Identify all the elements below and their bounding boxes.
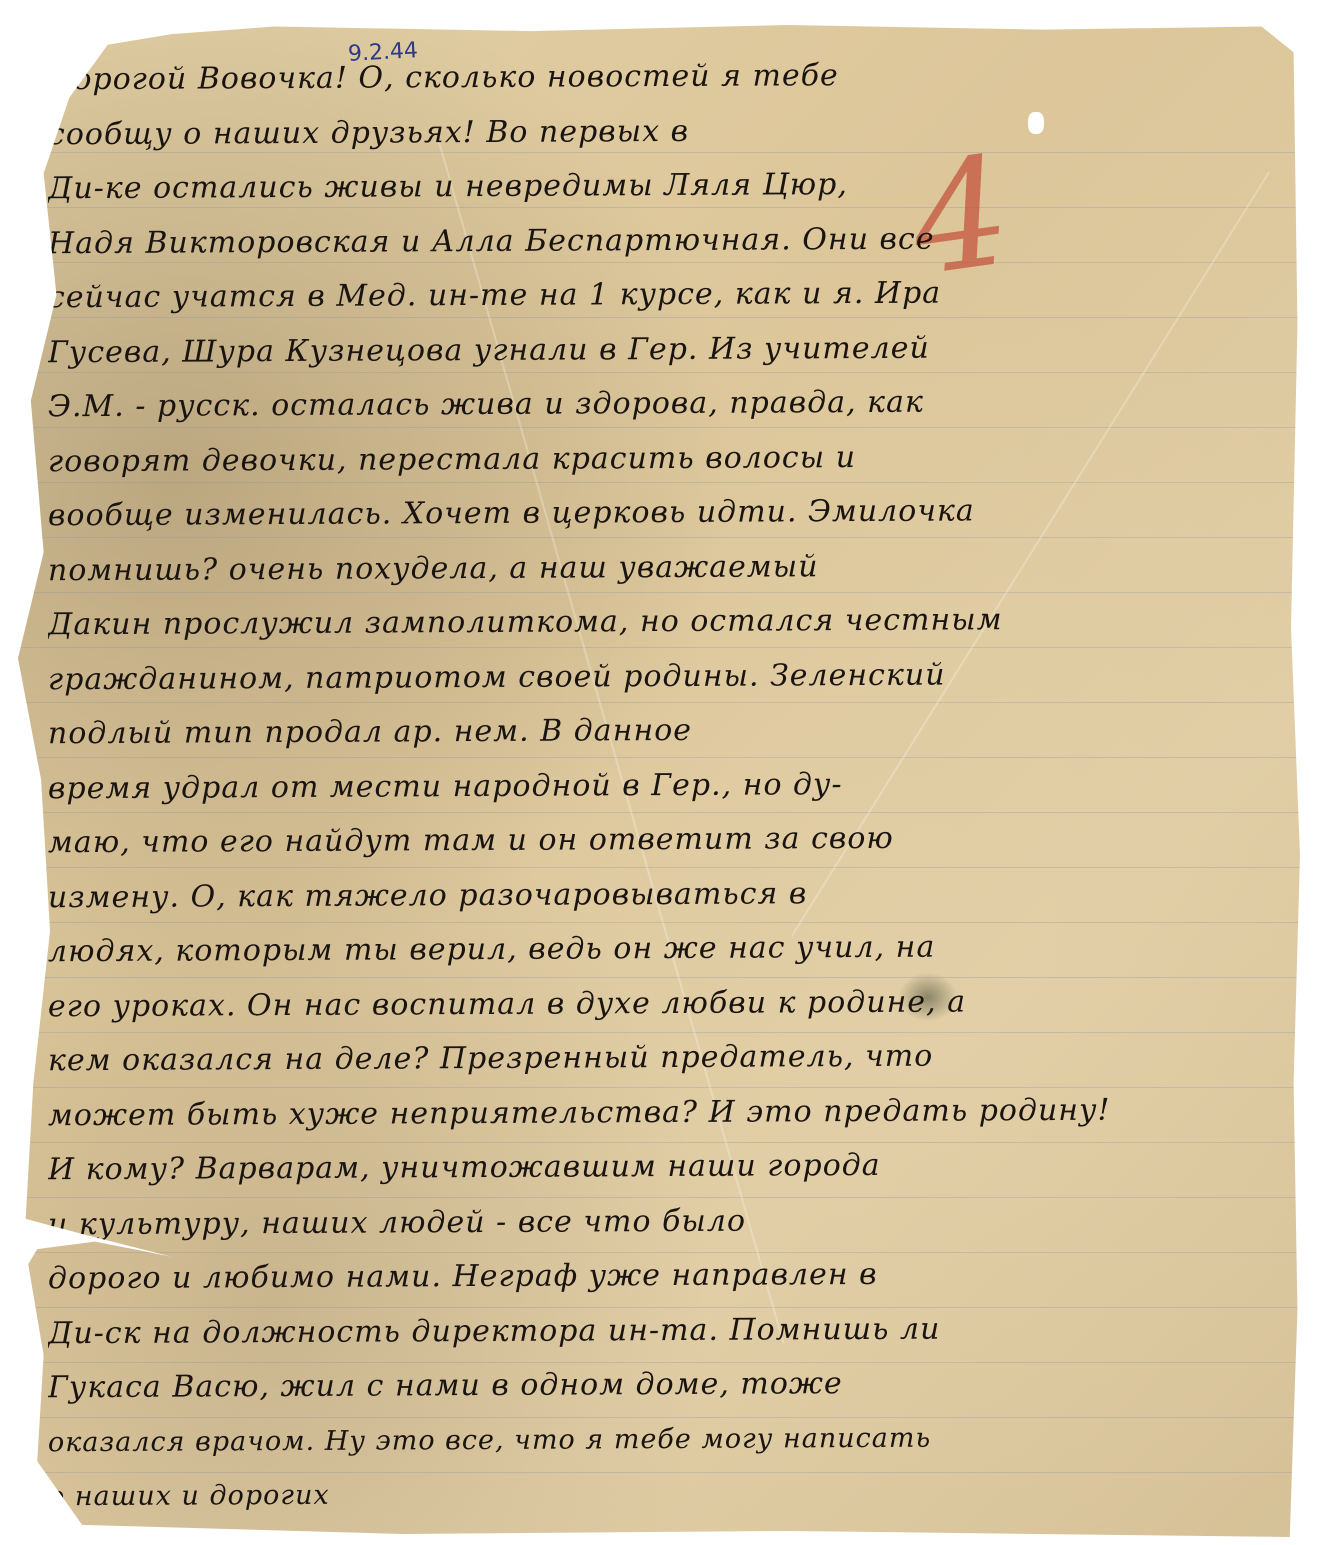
letter-line: вообще изменилась. Хочет в церковь идти.… (48, 483, 1298, 544)
letter-line: подлый тип продал ар. нем. В данное (48, 701, 1298, 762)
letter-line: гражданином, патриотом своей родины. Зел… (48, 646, 1298, 707)
letter-line: помнишь? очень похудела, а наш уважаемый (48, 537, 1298, 598)
letter-line: о наших и дорогих (48, 1464, 1298, 1525)
letter-line: время удрал от мести народной в Гер., но… (48, 755, 1298, 816)
letter-line: дорого и любимо нами. Неграф уже направл… (48, 1246, 1298, 1307)
letter-line: Гусева, Шура Кузнецова угнали в Гер. Из … (48, 319, 1298, 380)
letter-paper: 9.2.44 4 Дорогой Вовочка! О, сколько нов… (18, 22, 1300, 1537)
letter-line: может быть хуже неприятельства? И это пр… (48, 1082, 1298, 1143)
letter-line: измену. О, как тяжело разочаровываться в (48, 864, 1298, 925)
letter-line: сообщу о наших друзьях! Во первых в (48, 101, 1298, 162)
letter-line: кем оказался на деле? Презренный предате… (48, 1028, 1298, 1089)
letter-line: Дакин прослужил замполиткома, но остался… (48, 592, 1298, 653)
letter-line: говорят девочки, перестала красить волос… (48, 428, 1298, 489)
letter-line: Ди-ке остались живы и невредимы Ляля Цюр… (48, 156, 1298, 217)
letter-line: и культуру, наших людей - все что было (48, 1191, 1298, 1252)
letter-line: Гукаса Васю, жил с нами в одном доме, то… (48, 1355, 1298, 1416)
letter-line: оказался врачом. Ну это все, что я тебе … (48, 1409, 1298, 1470)
letter-line: Дорогой Вовочка! О, сколько новостей я т… (48, 47, 1298, 108)
letter-line: И кому? Варварам, уничтожавшим наши горо… (48, 1137, 1298, 1198)
letter-line: сейчас учатся в Мед. ин-те на 1 курсе, к… (48, 265, 1298, 326)
letter-line: Надя Викторовская и Алла Беспартючная. О… (48, 210, 1298, 271)
letter-line: маю, что его найдут там и он ответит за … (48, 810, 1298, 871)
letter-line: людях, которым ты верил, ведь он же нас … (48, 919, 1298, 980)
letter-body: Дорогой Вовочка! О, сколько новостей я т… (48, 50, 1298, 1522)
letter-line: Ди-ск на должность директора ин-та. Помн… (48, 1300, 1298, 1361)
letter-line: Э.М. - русск. осталась жива и здорова, п… (48, 374, 1298, 435)
letter-line: его уроках. Он нас воспитал в духе любви… (48, 973, 1298, 1034)
